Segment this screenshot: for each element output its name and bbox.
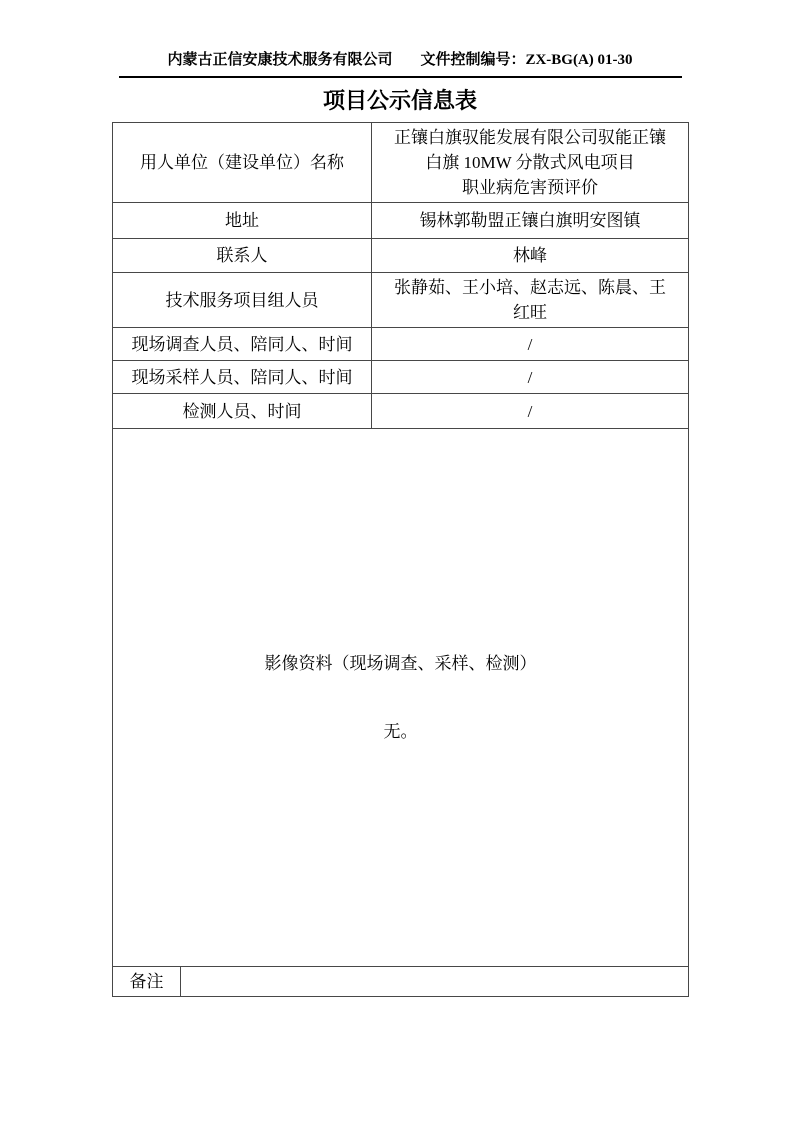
row-site-survey: 现场调查人员、陪同人、时间 / [113,328,689,361]
field-label-contact: 联系人 [113,239,372,273]
field-value-address: 锡林郭勒盟正镶白旗明安图镇 [372,203,689,239]
field-label-site-survey: 现场调查人员、陪同人、时间 [113,328,372,361]
document-page: 内蒙古正信安康技术服务有限公司文件控制编号：ZX-BG(A) 01-30 项目公… [0,0,800,1131]
row-testing: 检测人员、时间 / [113,394,689,429]
row-address: 地址 锡林郭勒盟正镶白旗明安图镇 [113,203,689,239]
field-label-site-sampling: 现场采样人员、陪同人、时间 [113,361,372,394]
media-section-cell: 影像资料（现场调查、采样、检测） 无。 [113,429,689,967]
remark-value [181,967,689,997]
page-title: 项目公示信息表 [112,87,688,115]
doc-control-number: 文件控制编号：ZX-BG(A) 01-30 [420,52,632,68]
row-employer-name: 用人单位（建设单位）名称 正镶白旗驭能发展有限公司驭能正镶 白旗 10MW 分散… [113,123,689,203]
row-site-sampling: 现场采样人员、陪同人、时间 / [113,361,689,394]
document-header: 内蒙古正信安康技术服务有限公司文件控制编号：ZX-BG(A) 01-30 [119,50,682,78]
remark-row: 备注 [113,967,689,997]
field-label-project-team: 技术服务项目组人员 [113,273,372,328]
field-label-testing: 检测人员、时间 [113,394,372,429]
media-section-content: 无。 [117,719,684,744]
field-value-contact: 林峰 [372,239,689,273]
project-info-table: 用人单位（建设单位）名称 正镶白旗驭能发展有限公司驭能正镶 白旗 10MW 分散… [112,122,689,997]
field-value-site-sampling: / [372,361,689,394]
row-project-team: 技术服务项目组人员 张静茹、王小培、赵志远、陈晨、王 红旺 [113,273,689,328]
field-value-site-survey: / [372,328,689,361]
field-value-project-team: 张静茹、王小培、赵志远、陈晨、王 红旺 [372,273,689,328]
media-section-row: 影像资料（现场调查、采样、检测） 无。 [113,429,689,967]
remark-label: 备注 [113,967,181,997]
field-label-address: 地址 [113,203,372,239]
field-value-testing: / [372,394,689,429]
media-section-heading: 影像资料（现场调查、采样、检测） [117,651,684,676]
field-label-employer-name: 用人单位（建设单位）名称 [113,123,372,203]
company-name: 内蒙古正信安康技术服务有限公司 [167,52,392,68]
row-contact: 联系人 林峰 [113,239,689,273]
field-value-employer-name: 正镶白旗驭能发展有限公司驭能正镶 白旗 10MW 分散式风电项目 职业病危害预评… [372,123,689,203]
